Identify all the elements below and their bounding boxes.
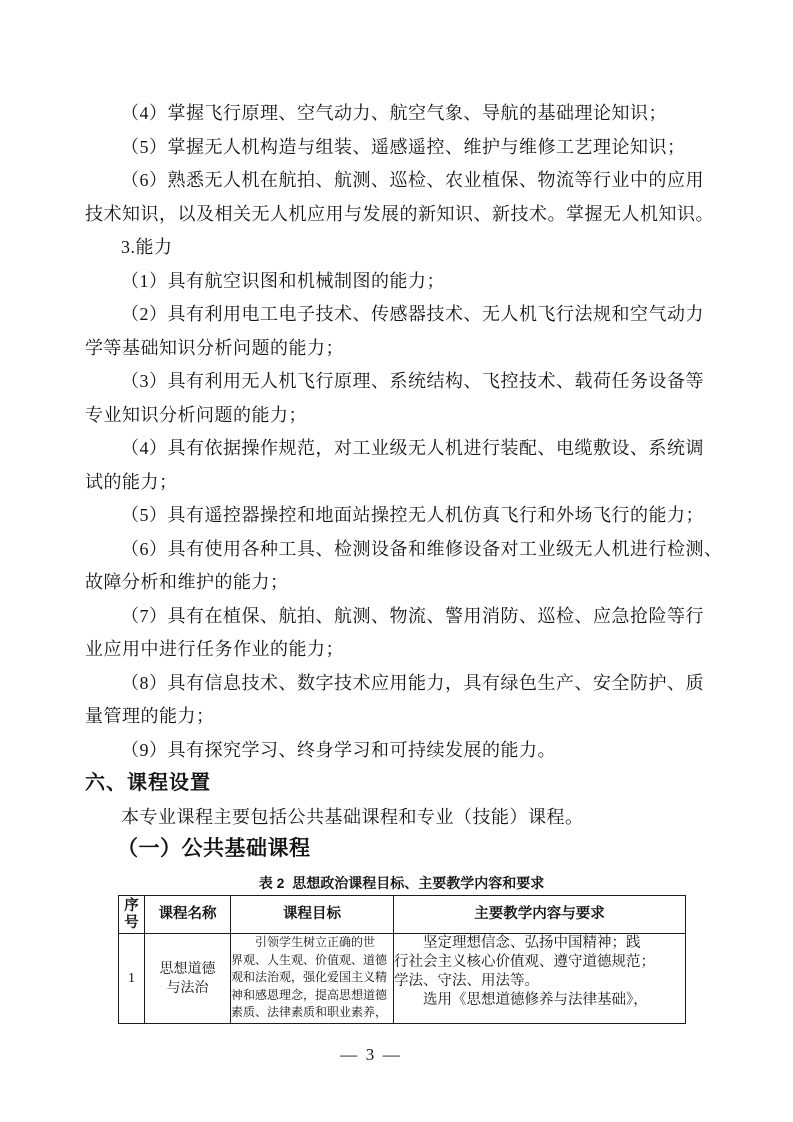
- table-row: 1 思想道德 与法治 引领学生树立正确的世 界观、人生观、价值观、道德 观和法治…: [119, 934, 686, 1024]
- cell-serial-number: 1: [119, 934, 145, 1024]
- cell-teaching-content: 坚定理想信念、弘扬中国精神；践 行社会主义核心价值观、遵守道德规范； 学法、守法…: [394, 934, 686, 1024]
- objective-text: 引领学生树立正确的世 界观、人生观、价值观、道德 观和法治观，强化爱国主义精 神…: [231, 934, 393, 1022]
- paragraph-ability-5: （5）具有遥控器操控和地面站操控无人机仿真飞行和外场飞行的能力；: [85, 499, 725, 533]
- section-intro: 本专业课程主要包括公共基础课程和专业（技能）课程。: [85, 805, 725, 829]
- heading-ability: 3.能力: [85, 231, 725, 265]
- header-course-name: 课程名称: [145, 896, 231, 934]
- teaching-content-paragraph-2: 选用《思想道德修养与法律基础》，: [394, 991, 685, 1010]
- document-page: （4）掌握飞行原理、空气动力、航空气象、导航的基础理论知识； （5）掌握无人机构…: [0, 0, 793, 1122]
- teaching-content-paragraph-1: 坚定理想信念、弘扬中国精神；践 行社会主义核心价值观、遵守道德规范； 学法、守法…: [394, 934, 685, 991]
- paragraph-ability-4: （4）具有依据操作规范，对工业级无人机进行装配、电缆敷设、系统调 试的能力；: [85, 432, 725, 499]
- table-header-row: 序 号 课程名称 课程目标 主要教学内容与要求: [119, 896, 686, 934]
- paragraph-ability-7: （7）具有在植保、航拍、航测、物流、警用消防、巡检、应急抢险等行 业应用中进行任…: [85, 600, 725, 667]
- body-text-block: （4）掌握飞行原理、空气动力、航空气象、导航的基础理论知识； （5）掌握无人机构…: [85, 97, 725, 767]
- paragraph-knowledge-5: （5）掌握无人机构造与组装、遥感遥控、维护与维修工艺理论知识；: [85, 131, 725, 165]
- paragraph-knowledge-4: （4）掌握飞行原理、空气动力、航空气象、导航的基础理论知识；: [85, 97, 725, 131]
- table-caption: 表 2 思想政治课程目标、主要教学内容和要求: [118, 874, 685, 892]
- paragraph-ability-8: （8）具有信息技术、数字技术应用能力，具有绿色生产、安全防护、质 量管理的能力；: [85, 667, 725, 734]
- header-teaching-content: 主要教学内容与要求: [394, 896, 686, 934]
- paragraph-ability-9: （9）具有探究学习、终身学习和可持续发展的能力。: [85, 734, 725, 768]
- subsection-heading-public-basic-courses: （一）公共基础课程: [85, 836, 311, 861]
- paragraph-ability-3: （3）具有利用无人机飞行原理、系统结构、飞控技术、载荷任务设备等 专业知识分析问…: [85, 365, 725, 432]
- header-serial-number: 序 号: [119, 896, 145, 934]
- paragraph-ability-2: （2）具有利用电工电子技术、传感器技术、无人机飞行法规和空气动力 学等基础知识分…: [85, 298, 725, 365]
- page-number: — 3 —: [0, 1045, 740, 1065]
- paragraph-ability-1: （1）具有航空识图和机械制图的能力；: [85, 265, 725, 299]
- paragraph-ability-6: （6）具有使用各种工具、检测设备和维修设备对工业级无人机进行检测、 故障分析和维…: [85, 533, 725, 600]
- paragraph-knowledge-6: （6）熟悉无人机在航拍、航测、巡检、农业植保、物流等行业中的应用 技术知识，以及…: [85, 164, 725, 231]
- course-table: 序 号 课程名称 课程目标 主要教学内容与要求 1 思想道德 与法治 引领学生树…: [118, 895, 686, 1024]
- cell-course-name: 思想道德 与法治: [145, 934, 231, 1024]
- header-course-objective: 课程目标: [231, 896, 394, 934]
- cell-course-objective: 引领学生树立正确的世 界观、人生观、价值观、道德 观和法治观，强化爱国主义精 神…: [231, 934, 394, 1024]
- section-heading-course-setup: 六、课程设置: [85, 771, 211, 795]
